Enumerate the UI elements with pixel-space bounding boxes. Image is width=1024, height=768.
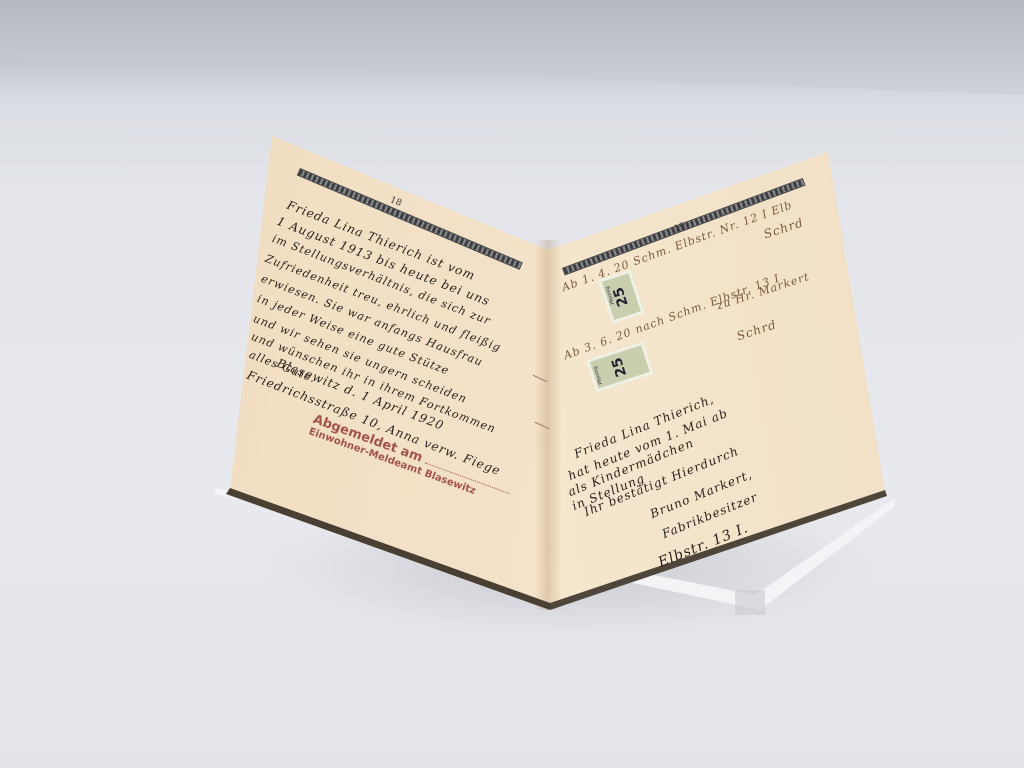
stand-leg <box>735 590 765 615</box>
background-wall <box>0 0 1024 95</box>
revenue-stamp-value: 25 <box>609 355 630 378</box>
revenue-stamp-currency: Pfennig <box>593 365 605 385</box>
left-page <box>0 0 1024 768</box>
